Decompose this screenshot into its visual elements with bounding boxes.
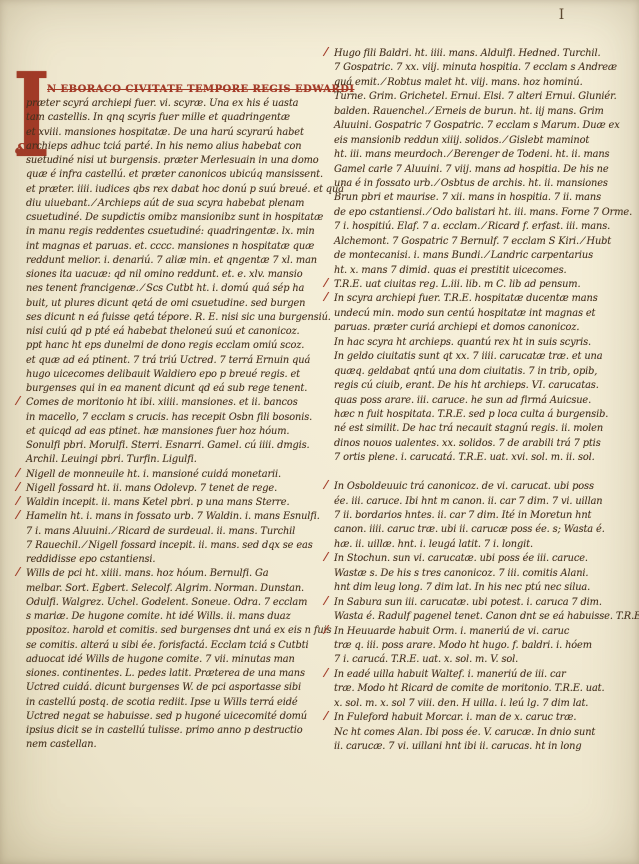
line-text: Archil. Leuingi pbri. Turfin. Ligulfi. [26, 454, 197, 465]
line-text: né est similit. De hac trá necauit stagn… [334, 423, 603, 434]
line-text: una é in fossato urb. ⁄ Osbtus de archis… [334, 178, 608, 189]
line-text: ses dicunt n eá fuisse qetá tépore. R. E… [26, 312, 331, 323]
manuscript-line: ⁄Nigell fossard ht. ii. mans Odolevp. 7 … [26, 482, 324, 496]
paragraph-mark-icon: ⁄ [325, 709, 327, 723]
manuscript-line: træ. Modo ht Ricard de comite de moriton… [334, 682, 636, 696]
manuscript-line: ⁄Hugo fili Baldri. ht. iiii. mans. Aldul… [334, 47, 636, 61]
manuscript-line: in castellú postq. de scotia rediit. Ips… [26, 696, 324, 710]
manuscript-line: ⁄In Stochun. sun vi. carucatæ. ubi poss … [334, 552, 636, 566]
manuscript-line: archieps adhuc tciá parté. In his nemo a… [26, 140, 324, 154]
line-text: reddidisse epo cstantiensi. [26, 554, 155, 565]
line-text: 7 Gospatric. 7 xx. viij. minuta hospitia… [334, 62, 617, 73]
manuscript-line: x. sol. m. x. sol 7 viii. den. H uilla. … [334, 697, 636, 711]
manuscript-line: una é in fossato urb. ⁄ Osbtus de archis… [334, 177, 636, 191]
line-text: hæc n fuit hospitata. T.R.E. sed p loca … [334, 409, 608, 420]
line-text: in manu regis reddentes csuetudiné: quad… [26, 226, 315, 237]
paragraph-mark-icon: ⁄ [325, 276, 327, 290]
manuscript-line: Alchemont. 7 Gospatric 7 Bernulf. 7 eccl… [334, 235, 636, 249]
line-text: Odulfi. Walgrez. Uchel. Godelent. Soneue… [26, 597, 307, 608]
line-text: 7 ortis plene. i. carucatá. T.R.E. uat. … [334, 452, 595, 463]
line-text: nem castellan. [26, 739, 96, 750]
manuscript-line: Wasta é. Radulf pagenel tenet. Canon dnt… [334, 610, 636, 624]
manuscript-line: tam castellis. In qnq scyris fuer mille … [26, 111, 324, 125]
manuscript-line: ée. iii. caruce. Ibi hnt m canon. ii. ca… [334, 495, 636, 509]
right-text-column: ⁄Hugo fili Baldri. ht. iiii. mans. Aldul… [334, 47, 636, 754]
line-text: de montecanisi. i. mans Bundi. ⁄ Landric… [334, 250, 593, 261]
manuscript-line: Nc ht comes Alan. Ibi poss ée. V. carucæ… [334, 726, 636, 740]
line-text: Nc ht comes Alan. Ibi poss ée. V. carucæ… [334, 727, 595, 738]
manuscript-line: ⁄Waldin incepit. ii. mans Ketel pbri. p … [26, 496, 324, 510]
manuscript-line: balden. Rauenchel. ⁄ Erneis de burun. ht… [334, 105, 636, 119]
line-text: et quæ ad eá ptinent. 7 trá triú Uctred.… [26, 355, 310, 366]
manuscript-line: quá emit. ⁄ Robtus malet ht. viij. mans.… [334, 76, 636, 90]
line-text: Hamelin ht. i. mans in fossato urb. 7 Wa… [26, 511, 320, 522]
line-text: In Osboldeuuic trá canonicoz. de vi. car… [334, 481, 594, 492]
line-text: csuetudiné. De supdictis omibz mansionib… [26, 212, 323, 223]
paragraph-mark-icon: ⁄ [325, 623, 327, 637]
manuscript-line: hnt dim leug long. 7 dim lat. In his nec… [334, 581, 636, 595]
manuscript-line: undecú min. modo sun centú hospitatæ int… [334, 307, 636, 321]
line-text: balden. Rauenchel. ⁄ Erneis de burun. ht… [334, 106, 604, 117]
line-text: archieps adhuc tciá parté. In his nemo a… [26, 141, 301, 152]
line-text: in macello, 7 ecclam s crucis. has recep… [26, 412, 312, 423]
manuscript-line: int magnas et paruas. et. cccc. mansione… [26, 240, 324, 254]
manuscript-line: quæq. geldabat qntú una dom ciuitatis. 7… [334, 365, 636, 379]
manuscript-line: quas poss arare. iii. caruce. he sun ad … [334, 394, 636, 408]
line-text: Hugo fili Baldri. ht. iiii. mans. Aldulf… [334, 48, 600, 59]
line-text: et præter. iiii. iudices qbs rex dabat h… [26, 184, 344, 195]
manuscript-line: reddunt melior. i. denariú. 7 aliæ min. … [26, 254, 324, 268]
manuscript-line: et quicqd ad eas ptinet. hæ mansiones fu… [26, 425, 324, 439]
line-text: In Sabura sun iii. carucatæ. ubi potest.… [334, 597, 602, 608]
manuscript-line: hæc n fuit hospitata. T.R.E. sed p loca … [334, 408, 636, 422]
manuscript-line: et quæ ad eá ptinent. 7 trá triú Uctred.… [26, 354, 324, 368]
manuscript-line: Odulfi. Walgrez. Uchel. Godelent. Soneue… [26, 596, 324, 610]
manuscript-line: et præter. iiii. iudices qbs rex dabat h… [26, 183, 324, 197]
manuscript-line: nem castellan. [26, 738, 324, 752]
manuscript-line: burgenses qui in ea manent dicunt qd eá … [26, 382, 324, 396]
manuscript-line: de montecanisi. i. mans Bundi. ⁄ Landric… [334, 249, 636, 263]
paragraph-mark-icon: ⁄ [325, 45, 327, 59]
manuscript-line: dinos nouos ualentes. xx. solidos. 7 de … [334, 437, 636, 451]
line-text: Wills de pci ht. xiiii. mans. hoz hóum. … [26, 568, 268, 579]
manuscript-line: aduocat idé Wills de hugone comite. 7 vi… [26, 653, 324, 667]
manuscript-line: ppt hanc ht eps dunelmi de dono regis ec… [26, 339, 324, 353]
line-text: ipsius dicit se in castellú tulisse. pri… [26, 725, 303, 736]
line-text: Waldin incepit. ii. mans Ketel pbri. p u… [26, 497, 289, 508]
line-text: T.R.E. uat ciuitas reg. L.iii. lib. m C.… [334, 279, 580, 290]
line-text: siones ita uacuæ: qd nil omino reddunt. … [26, 269, 303, 280]
line-text: int magnas et paruas. et. cccc. mansione… [26, 241, 314, 252]
line-text: quá emit. ⁄ Robtus malet ht. viij. mans.… [334, 77, 583, 88]
line-text: Comes de moritonio ht ibi. xiiii. mansio… [26, 397, 298, 408]
line-text: tam castellis. In qnq scyris fuer mille … [26, 112, 290, 123]
line-text: x. sol. m. x. sol 7 viii. den. H uilla. … [334, 698, 588, 709]
manuscript-line: eis mansionib reddun xiiij. solidos. ⁄ G… [334, 134, 636, 148]
line-text: aduocat idé Wills de hugone comite. 7 vi… [26, 654, 295, 665]
line-text: Aluuini. Gospatric 7 Gospatric. 7 ecclam… [334, 120, 620, 131]
manuscript-line: ⁄Hamelin ht. i. mans in fossato urb. 7 W… [26, 510, 324, 524]
line-text: ppt hanc ht eps dunelmi de dono regis ec… [26, 340, 304, 351]
line-text: nisi cuiú qd p pté eá habebat theloneú s… [26, 326, 300, 337]
manuscript-line: Sonulfi pbri. Morulfi. Sterri. Esnarri. … [26, 439, 324, 453]
manuscript-line: Wastæ s. De his s tres canonicoz. 7 iii.… [334, 567, 636, 581]
manuscript-line: nisi cuiú qd p pté eá habebat theloneú s… [26, 325, 324, 339]
manuscript-line: 7 i. carucá. T.R.E. uat. x. sol. m. V. s… [334, 653, 636, 667]
line-text: diu uiuebant. ⁄ Archieps aút de sua scyr… [26, 198, 304, 209]
manuscript-line: ⁄In Fuleford habuit Morcar. i. man de x.… [334, 711, 636, 725]
line-text: præter scyrá archiepi fuer. vi. scyræ. U… [26, 98, 298, 109]
manuscript-line: 7 ortis plene. i. carucatá. T.R.E. uat. … [334, 451, 636, 465]
manuscript-line: hugo uicecomes delibauit Waldiero epo p … [26, 368, 324, 382]
line-text: ppositoz. harold et comitis. sed burgens… [26, 625, 331, 636]
manuscript-line: Uctred cuidá. dicunt burgenses W. de pci… [26, 681, 324, 695]
line-text: quæq. geldabat qntú una dom ciuitatis. 7… [334, 366, 597, 377]
line-text: hnt dim leug long. 7 dim lat. In his nec… [334, 582, 590, 593]
line-text: ht. iii. mans meurdoch. ⁄ Berenger de To… [334, 149, 609, 160]
line-text: hæ. ii. uillæ. hnt. i. leugá latit. 7 i.… [334, 539, 533, 550]
line-text: undecú min. modo sun centú hospitatæ int… [334, 308, 595, 319]
line-text: In Stochun. sun vi. carucatæ. ubi poss é… [334, 553, 588, 564]
manuscript-line: csuetudiné. De supdictis omibz mansionib… [26, 211, 324, 225]
line-text: s mariæ. De hugone comite. ht idé Wills.… [26, 611, 291, 622]
line-text: et xviii. mansiones hospitatæ. De una ha… [26, 127, 304, 138]
manuscript-line: ⁄Comes de moritonio ht ibi. xiiii. mansi… [26, 396, 324, 410]
line-text: Gamel carle 7 Aluuini. 7 viij. mans ad h… [334, 164, 609, 175]
line-text: Uctred negat se habuisse. sed p hugoné u… [26, 711, 307, 722]
manuscript-line: 7 Rauechil. ⁄ Nigell fossard incepit. ii… [26, 539, 324, 553]
line-text: nes tenent francigenæ. ⁄ Scs Cutbt ht. i… [26, 283, 304, 294]
manuscript-line: Turne. Grim. Grichetel. Ernui. Elsi. 7 a… [334, 90, 636, 104]
line-text: 7 i. hospitiú. Elaf. 7 a. ecclam. ⁄ Rica… [334, 221, 610, 232]
paragraph-mark-icon: ⁄ [325, 478, 327, 492]
manuscript-line: regis cú ciuib, erant. De his ht archiep… [334, 379, 636, 393]
manuscript-line: ipsius dicit se in castellú tulisse. pri… [26, 724, 324, 738]
manuscript-line: siones. continentes. L. pedes latit. Præ… [26, 667, 324, 681]
manuscript-line: quæ é infra castellú. et præter canonico… [26, 168, 324, 182]
manuscript-line: in macello, 7 ecclam s crucis. has recep… [26, 411, 324, 425]
line-text: burgenses qui in ea manent dicunt qd eá … [26, 383, 307, 394]
manuscript-line: nes tenent francigenæ. ⁄ Scs Cutbt ht. i… [26, 282, 324, 296]
manuscript-line: ⁄In Osboldeuuic trá canonicoz. de vi. ca… [334, 480, 636, 494]
line-text: In Heuuarde habuit Orm. i. maneriú de vi… [334, 626, 569, 637]
line-text: 7 i. mans Aluuini. ⁄ Ricard de surdeual.… [26, 526, 295, 537]
line-text: de epo cstantiensi. ⁄ Odo balistari ht. … [334, 207, 632, 218]
manuscript-line: ⁄Wills de pci ht. xiiii. mans. hoz hóum.… [26, 567, 324, 581]
manuscript-line: ⁄In Heuuarde habuit Orm. i. maneriú de v… [334, 625, 636, 639]
manuscript-line: Uctred negat se habuisse. sed p hugoné u… [26, 710, 324, 724]
line-text: suetudiné nisi ut burgensis. præter Merl… [26, 155, 319, 166]
manuscript-line: præter scyrá archiepi fuer. vi. scyræ. U… [26, 97, 324, 111]
paragraph-mark-icon: ⁄ [325, 550, 327, 564]
line-text: Alchemont. 7 Gospatric 7 Bernulf. 7 eccl… [334, 236, 611, 247]
line-text: ht. x. mans 7 dimid. quas ei prestitit u… [334, 265, 567, 276]
manuscript-line: ht. iii. mans meurdoch. ⁄ Berenger de To… [334, 148, 636, 162]
line-text: træ. Modo ht Ricard de comite de moriton… [334, 683, 604, 694]
manuscript-page: I I & N EBORACO CIVITATE TEMPORE REGIS E… [0, 0, 639, 864]
manuscript-line: siones ita uacuæ: qd nil omino reddunt. … [26, 268, 324, 282]
paragraph-mark-icon: ⁄ [17, 494, 19, 508]
line-text: Nigell fossard ht. ii. mans Odolevp. 7 t… [26, 483, 277, 494]
line-text: eis mansionib reddun xiiij. solidos. ⁄ G… [334, 135, 589, 146]
line-text: Brun pbri et maurise. 7 xii. mans in hos… [334, 192, 601, 203]
manuscript-line: Aluuini. Gospatric 7 Gospatric. 7 ecclam… [334, 119, 636, 133]
manuscript-line: melbar. Sort. Egbert. Selecolf. Algrim. … [26, 582, 324, 596]
manuscript-line: ses dicunt n eá fuisse qetá tépore. R. E… [26, 311, 324, 325]
line-text: In scyra archiepi fuer. T.R.E. hospitatæ… [334, 293, 598, 304]
manuscript-line: diu uiuebant. ⁄ Archieps aút de sua scyr… [26, 197, 324, 211]
manuscript-line: hæ. ii. uillæ. hnt. i. leugá latit. 7 i.… [334, 538, 636, 552]
manuscript-line: Brun pbri et maurise. 7 xii. mans in hos… [334, 191, 636, 205]
manuscript-line: né est similit. De hac trá necauit stagn… [334, 422, 636, 436]
right-column-lines: ⁄Hugo fili Baldri. ht. iiii. mans. Aldul… [334, 47, 636, 754]
line-text: reddunt melior. i. denariú. 7 aliæ min. … [26, 255, 317, 266]
manuscript-line: 7 i. mans Aluuini. ⁄ Ricard de surdeual.… [26, 525, 324, 539]
manuscript-line: in manu regis reddentes csuetudiné: quad… [26, 225, 324, 239]
line-text: quæ é infra castellú. et præter canonico… [26, 169, 323, 180]
manuscript-line: de epo cstantiensi. ⁄ Odo balistari ht. … [334, 206, 636, 220]
line-text: In geldo ciuitatis sunt qt xx. 7 iiii. c… [334, 351, 602, 362]
manuscript-line: ppositoz. harold et comitis. sed burgens… [26, 624, 324, 638]
line-text: quas poss arare. iii. caruce. he sun ad … [334, 395, 591, 406]
line-text: Uctred cuidá. dicunt burgenses W. de pci… [26, 682, 301, 693]
line-text: In eadé uilla habuit Waltef. i. maneriú … [334, 669, 566, 680]
line-text: ée. iii. caruce. Ibi hnt m canon. ii. ca… [334, 496, 603, 507]
manuscript-line: canon. iiii. caruc træ. ubi ii. carucæ p… [334, 523, 636, 537]
line-text: hugo uicecomes delibauit Waldiero epo p … [26, 369, 300, 380]
line-text: Sonulfi pbri. Morulfi. Sterri. Esnarri. … [26, 440, 310, 451]
manuscript-line: Gamel carle 7 Aluuini. 7 viij. mans ad h… [334, 163, 636, 177]
manuscript-line: 7 Gospatric. 7 xx. viij. minuta hospitia… [334, 61, 636, 75]
manuscript-line: ⁄Nigell de monneuile ht. i. mansioné cui… [26, 468, 324, 482]
paragraph-mark-icon: ⁄ [17, 394, 19, 408]
line-text: dinos nouos ualentes. xx. solidos. 7 de … [334, 438, 601, 449]
line-text: paruas. præter curiá archiepi et domos c… [334, 322, 579, 333]
manuscript-line: suetudiné nisi ut burgensis. præter Merl… [26, 154, 324, 168]
line-text: siones. continentes. L. pedes latit. Præ… [26, 668, 305, 679]
line-text: regis cú ciuib, erant. De his ht archiep… [334, 380, 599, 391]
left-column-lines: præter scyrá archiepi fuer. vi. scyræ. U… [26, 97, 324, 753]
paragraph-mark-icon: ⁄ [17, 480, 19, 494]
paragraph-mark-icon: ⁄ [325, 666, 327, 680]
paragraph-mark-icon: ⁄ [17, 565, 19, 579]
manuscript-line: Archil. Leuingi pbri. Turfin. Ligulfi. [26, 453, 324, 467]
manuscript-line: 7 ii. bordarios hntes. ii. car 7 dim. It… [334, 509, 636, 523]
paragraph-mark-icon: ⁄ [325, 594, 327, 608]
line-text: ii. carucæ. 7 vi. uillani hnt ibi ii. ca… [334, 741, 582, 752]
line-text: Nigell de monneuile ht. i. mansioné cuid… [26, 469, 281, 480]
manuscript-line: ii. carucæ. 7 vi. uillani hnt ibi ii. ca… [334, 740, 636, 754]
manuscript-line: reddidisse epo cstantiensi. [26, 553, 324, 567]
line-text: buit, ut plures dicunt qetá de omi csuet… [26, 298, 305, 309]
rubric-heading: N EBORACO CIVITATE TEMPORE REGIS EDWARDI [47, 83, 324, 97]
line-text: melbar. Sort. Egbert. Selecolf. Algrim. … [26, 583, 304, 594]
paragraph-mark-icon: ⁄ [17, 508, 19, 522]
manuscript-line: ⁄In scyra archiepi fuer. T.R.E. hospitat… [334, 292, 636, 306]
left-text-column: N EBORACO CIVITATE TEMPORE REGIS EDWARDI… [26, 83, 324, 753]
manuscript-line: In geldo ciuitatis sunt qt xx. 7 iiii. c… [334, 350, 636, 364]
manuscript-line: 7 i. hospitiú. Elaf. 7 a. ecclam. ⁄ Rica… [334, 220, 636, 234]
line-text: In hac scyra ht archieps. quantú rex ht … [334, 337, 591, 348]
line-text: 7 ii. bordarios hntes. ii. car 7 dim. It… [334, 510, 591, 521]
manuscript-line: paruas. præter curiá archiepi et domos c… [334, 321, 636, 335]
manuscript-line: s mariæ. De hugone comite. ht idé Wills.… [26, 610, 324, 624]
line-text: Turne. Grim. Grichetel. Ernui. Elsi. 7 a… [334, 91, 617, 102]
line-text: in castellú postq. de scotia rediit. Ips… [26, 697, 298, 708]
manuscript-line: ⁄In eadé uilla habuit Waltef. i. maneriú… [334, 668, 636, 682]
line-text: træ q. iii. poss arare. Modo ht hugo. f.… [334, 640, 592, 651]
manuscript-line: ⁄In Sabura sun iii. carucatæ. ubi potest… [334, 596, 636, 610]
manuscript-line: et xviii. mansiones hospitatæ. De una ha… [26, 126, 324, 140]
line-text: canon. iiii. caruc træ. ubi ii. carucæ p… [334, 524, 605, 535]
line-text: Wastæ s. De his s tres canonicoz. 7 iii.… [334, 568, 588, 579]
line-text: In Fuleford habuit Morcar. i. man de x. … [334, 712, 576, 723]
manuscript-line: In hac scyra ht archieps. quantú rex ht … [334, 336, 636, 350]
manuscript-line: ⁄T.R.E. uat ciuitas reg. L.iii. lib. m C… [334, 278, 636, 292]
manuscript-line: buit, ut plures dicunt qetá de omi csuet… [26, 297, 324, 311]
line-text: 7 Rauechil. ⁄ Nigell fossard incepit. ii… [26, 540, 313, 551]
line-text: se comitis. alterá u sibi ée. forisfactá… [26, 640, 308, 651]
paragraph-mark-icon: ⁄ [325, 290, 327, 304]
line-text: et quicqd ad eas ptinet. hæ mansiones fu… [26, 426, 289, 437]
manuscript-line: træ q. iii. poss arare. Modo ht hugo. f.… [334, 639, 636, 653]
line-text: Wasta é. Radulf pagenel tenet. Canon dnt… [334, 611, 639, 622]
manuscript-line: ht. x. mans 7 dimid. quas ei prestitit u… [334, 264, 636, 278]
paragraph-mark-icon: ⁄ [17, 466, 19, 480]
manuscript-line: se comitis. alterá u sibi ée. forisfactá… [26, 639, 324, 653]
folio-number: I [552, 7, 572, 23]
line-text: 7 i. carucá. T.R.E. uat. x. sol. m. V. s… [334, 654, 518, 665]
